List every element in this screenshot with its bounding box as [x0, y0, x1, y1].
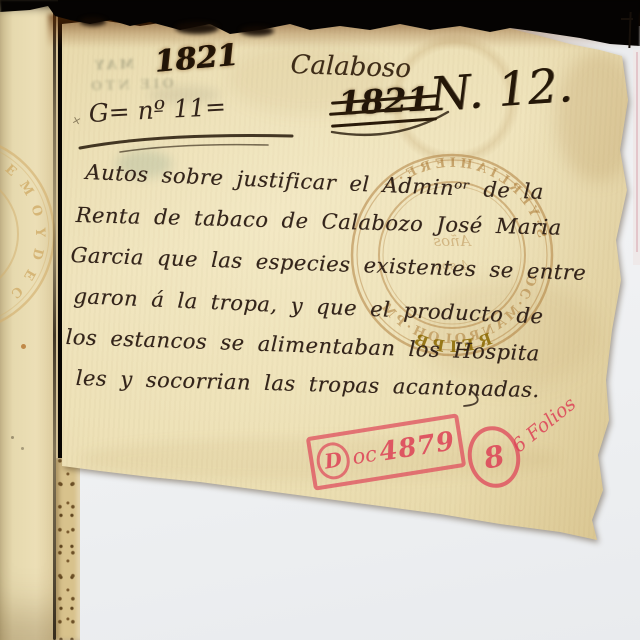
gray-speck	[21, 447, 24, 450]
burn-blob	[175, 22, 219, 34]
archival-photo: { "page": { "header": { "year_annotation…	[0, 0, 640, 640]
corner-pen-mark	[621, 18, 633, 20]
circled-number-value: 8	[481, 438, 508, 475]
doc-stamp-oc: oc	[351, 442, 379, 470]
pen-flourishes	[0, 0, 640, 640]
burn-blob	[80, 17, 106, 26]
doc-stamp-circled-letter: D	[314, 439, 352, 481]
burn-blob	[240, 26, 274, 36]
gray-speck	[11, 436, 14, 439]
doc-stamp-number: 4879	[377, 426, 457, 468]
manuscript-page: MAY OIE NTO S·YERLIAHIERE·V OC·MAN	[0, 0, 640, 640]
manuscript-paper: MAY OIE NTO S·YERLIAHIERE·V OC·MAN	[0, 0, 640, 640]
foxing-dot	[21, 344, 26, 349]
